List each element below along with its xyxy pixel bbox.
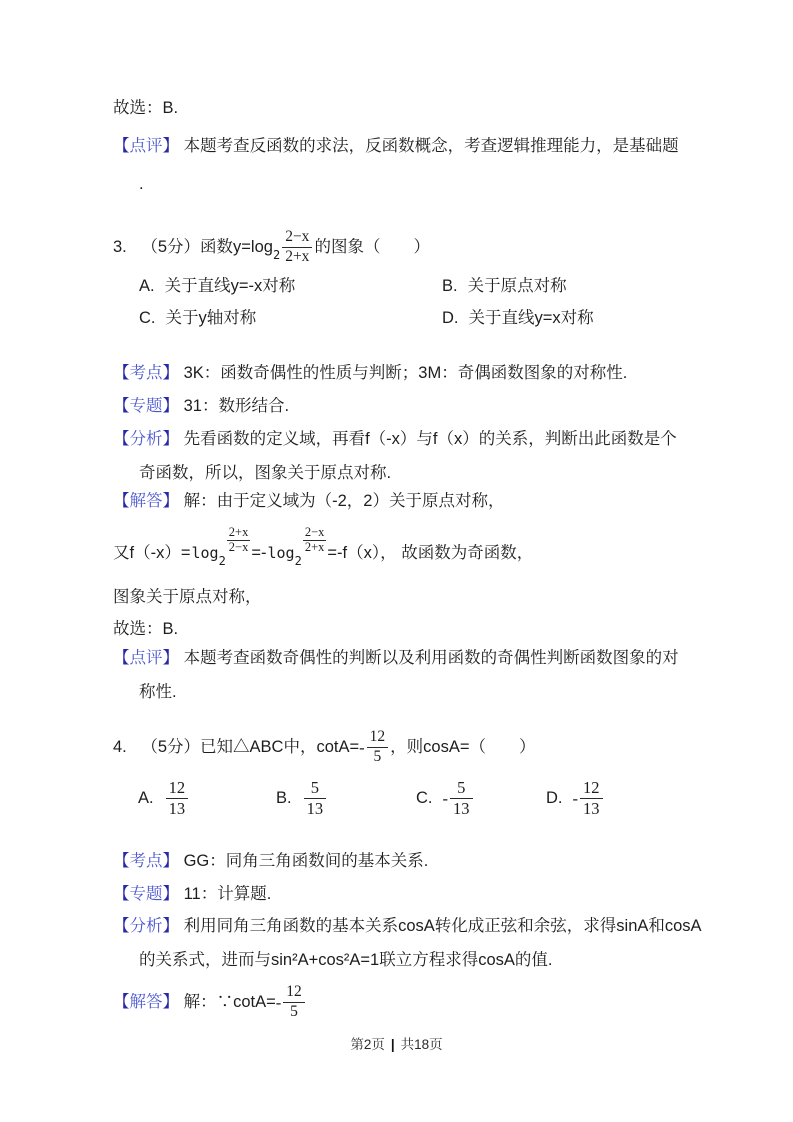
footer-page-number: 第2页 xyxy=(350,1037,385,1052)
q3-stem-prefix: 函数y=log xyxy=(200,238,273,256)
q4-jieda-prefix: 解：∵cotA= xyxy=(184,993,276,1011)
q3-stem: 3. （5分）函数y=log22−x2+x的图象（ ） xyxy=(113,222,430,280)
q4-stem: 4. （5分）已知△ABC中，cotA=-125，则cosA=（ ） xyxy=(113,722,535,773)
q3-option-b: B.关于原点对称 xyxy=(442,274,567,298)
q4-number: 4. xyxy=(113,738,127,756)
q4-option-d: D.-1213 xyxy=(546,772,605,825)
log2-fraction: 2−x2+x xyxy=(303,526,327,555)
q3-formula-line: 又f（-x）=log22+x2−x=-log22−x2+x=-f（x）， 故函数… xyxy=(113,522,533,592)
q4-jieda-fraction: 125 xyxy=(283,984,305,1020)
log-expression-1: log22+x2−x xyxy=(191,522,250,592)
footer-total-pages: 共18页 xyxy=(401,1037,443,1052)
q3-kaodian-text: 3K：函数奇偶性的性质与判断；3M：奇偶函数图象的对称性. xyxy=(184,364,628,382)
q3-formula-mid: =- xyxy=(251,544,266,562)
q2-answer-line: 故选：B. xyxy=(113,96,178,120)
q3-option-c: C.关于y轴对称 xyxy=(139,309,256,327)
q3-fenxi-continuation: 奇函数，所以，图象关于原点对称. xyxy=(113,461,391,485)
q3-dianping-line: 【点评】 本题考查函数奇偶性的判断以及利用函数的奇偶性判断函数图象的对 xyxy=(113,646,679,670)
q2-comment-text: 本题考查反函数的求法，反函数概念，考查逻辑推理能力，是基础题 xyxy=(184,137,679,155)
q4-options-row: A.1213 B.513 C.-513 D.-1213 xyxy=(113,772,713,824)
zhuanti-label: 【专题】 xyxy=(113,397,179,415)
q4-kaodian-text: GG：同角三角函数间的基本关系. xyxy=(184,852,429,870)
q2-comment-line: 【点评】 本题考查反函数的求法，反函数概念，考查逻辑推理能力，是基础题 xyxy=(113,134,679,158)
q3-option-a: A.关于直线y=-x对称 xyxy=(139,277,295,295)
q4-score: （5分） xyxy=(141,738,200,756)
fenxi-label: 【分析】 xyxy=(113,430,179,448)
q3-fenxi-line: 【分析】 先看函数的定义域，再看f（-x）与f（x）的关系，判断出此函数是个 xyxy=(113,427,677,451)
q2-answer-text: 故选：B. xyxy=(113,99,178,117)
q4-fenxi-text-1: 利用同角三角函数的基本关系cosA转化成正弦和余弦，求得sinA和cosA xyxy=(184,917,702,935)
q3-formula-prefix: 又f（-x）= xyxy=(113,544,190,562)
q2-comment-continuation: . xyxy=(113,172,144,196)
q4-option-b: B.513 xyxy=(276,772,328,824)
q3-zhuanti-line: 【专题】 31：数形结合. xyxy=(113,394,289,418)
q3-fenxi-text-1: 先看函数的定义域，再看f（-x）与f（x）的关系，判断出此函数是个 xyxy=(184,430,677,448)
kaodian-label: 【考点】 xyxy=(113,364,179,382)
kaodian-label: 【考点】 xyxy=(113,852,179,870)
q4-zhuanti-text: 11：计算题. xyxy=(184,885,272,903)
log-expression-2: log22−x2+x xyxy=(268,522,327,592)
jieda-label: 【解答】 xyxy=(113,492,179,510)
q3-options-row-1: A.关于直线y=-x对称 B.关于原点对称 xyxy=(139,274,699,298)
q4-kaodian-line: 【考点】 GG：同角三角函数间的基本关系. xyxy=(113,849,428,873)
comment-label: 【点评】 xyxy=(113,137,179,155)
q3-dianping-continuation: 称性. xyxy=(113,680,177,704)
q3-formula-suffix: =-f（x）， 故函数为奇函数， xyxy=(327,544,533,562)
q3-option-d: D.关于直线y=x对称 xyxy=(442,306,594,330)
q4-option-a: A.1213 xyxy=(138,772,190,824)
q3-options-row-2: C.关于y轴对称 D.关于直线y=x对称 xyxy=(139,306,699,330)
q4-stem-suffix: ，则cosA=（ ） xyxy=(390,738,535,756)
q3-answer-line: 故选：B. xyxy=(113,617,178,641)
q4-stem-fraction: 125 xyxy=(367,729,389,765)
q3-kaodian-line: 【考点】 3K：函数奇偶性的性质与判断；3M：奇偶函数图象的对称性. xyxy=(113,361,627,385)
q4-jieda-line: 【解答】 解：∵cotA=-125 xyxy=(113,977,307,1028)
q3-stem-fraction: 2−x2+x xyxy=(282,229,312,265)
q3-zhuanti-text: 31：数形结合. xyxy=(184,397,289,415)
document-page: 故选：B. 【点评】 本题考查反函数的求法，反函数概念，考查逻辑推理能力，是基础… xyxy=(0,0,793,1122)
page-footer: 第2页|共18页 xyxy=(0,1033,793,1053)
q3-number: 3. xyxy=(113,238,127,256)
q4-stem-prefix: 已知△ABC中，cotA= xyxy=(200,738,359,756)
q3-jieda-text-2: 图象关于原点对称， xyxy=(113,585,262,609)
q3-stem-suffix: 的图象（ ） xyxy=(314,238,430,256)
q3-dianping-text-1: 本题考查函数奇偶性的判断以及利用函数的奇偶性判断函数图象的对 xyxy=(184,649,679,667)
log1-fraction: 2+x2−x xyxy=(227,526,251,555)
q4-fenxi-continuation: 的关系式，进而与sin²A+cos²A=1联立方程求得cosA的值. xyxy=(113,948,552,972)
dianping-label: 【点评】 xyxy=(113,649,179,667)
q3-score: （5分） xyxy=(141,238,200,256)
q3-jieda-line: 【解答】 解：由于定义域为（-2，2）关于原点对称， xyxy=(113,489,504,513)
jieda-label: 【解答】 xyxy=(113,993,179,1011)
fenxi-label: 【分析】 xyxy=(113,917,179,935)
q4-zhuanti-line: 【专题】 11：计算题. xyxy=(113,882,271,906)
footer-separator: | xyxy=(391,1037,395,1052)
q3-jieda-text-1: 解：由于定义域为（-2，2）关于原点对称， xyxy=(184,492,505,510)
zhuanti-label: 【专题】 xyxy=(113,885,179,903)
q4-option-c: C.-513 xyxy=(416,772,475,825)
q4-fenxi-line: 【分析】 利用同角三角函数的基本关系cosA转化成正弦和余弦，求得sinA和co… xyxy=(113,914,702,938)
